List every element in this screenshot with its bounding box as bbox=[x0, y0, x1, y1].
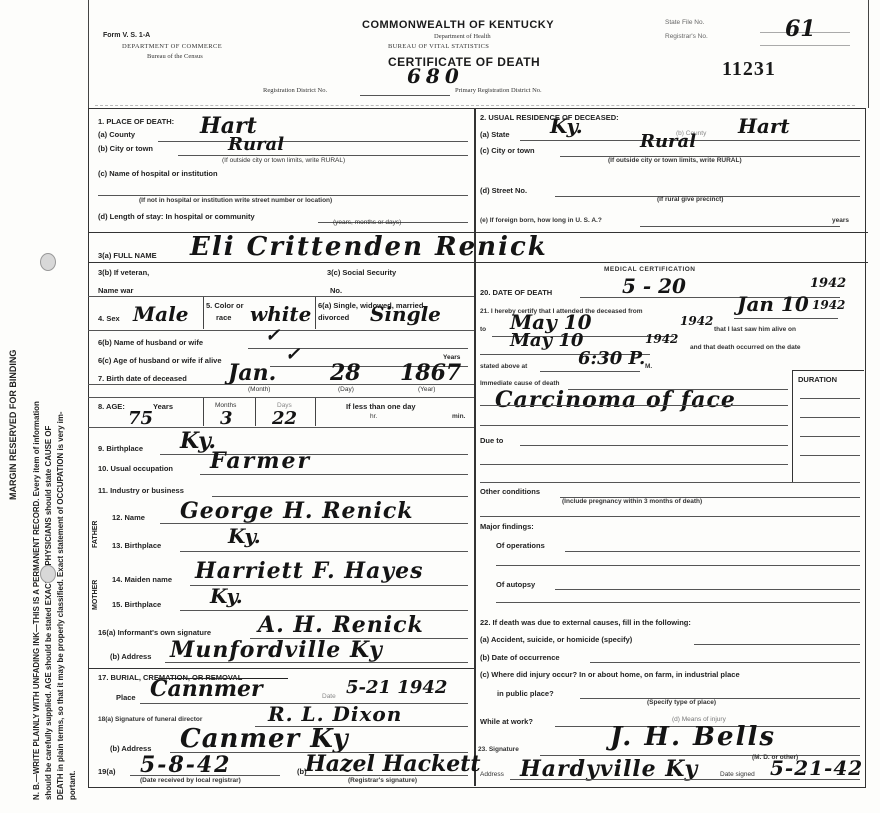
length-of-stay-note: (years, months or days) bbox=[333, 219, 401, 226]
registrar-number-value: 61 bbox=[785, 16, 816, 42]
funeral-director-signature: R. L. Dixon bbox=[268, 702, 402, 726]
father-side-label: FATHER bbox=[92, 521, 99, 548]
public-place-label: in public place? bbox=[497, 689, 554, 698]
primary-registration-label: Primary Registration District No. bbox=[455, 87, 542, 94]
instructions-line-2: should be carefully supplied. AGE should… bbox=[44, 426, 53, 800]
father-birthplace-label: 13. Birthplace bbox=[112, 541, 161, 550]
date-received-label: 19(a) bbox=[98, 767, 116, 776]
date-signed-label: Date signed bbox=[720, 771, 755, 778]
mother-birthplace-value: Ky. bbox=[210, 584, 243, 608]
instructions-line-4: portant. bbox=[68, 771, 77, 800]
burial-date-value: 5-21 1942 bbox=[346, 677, 447, 698]
place-of-death-label: 1. PLACE OF DEATH: bbox=[98, 117, 174, 126]
color-label-2: race bbox=[216, 313, 231, 322]
last-saw-value: May 10 bbox=[510, 330, 583, 351]
age-days-value: 22 bbox=[272, 408, 297, 429]
duration-label: DURATION bbox=[798, 375, 837, 384]
sex-value: Male bbox=[133, 302, 188, 326]
occupation-label: 10. Usual occupation bbox=[98, 464, 173, 473]
marital-value: Single bbox=[370, 302, 441, 326]
hospital-note: (If not in hospital or institution write… bbox=[139, 197, 332, 204]
form-number: Form V. S. 1-A bbox=[103, 32, 150, 39]
major-findings-label: Major findings: bbox=[480, 522, 534, 531]
marital-label-2: divorced bbox=[318, 313, 349, 322]
last-saw-label: that I last saw him alive on bbox=[714, 326, 796, 333]
birth-date-label: 7. Birth date of deceased bbox=[98, 374, 187, 383]
hospital-label: (c) Name of hospital or institution bbox=[98, 169, 218, 178]
county-label: (a) County bbox=[98, 130, 135, 139]
spouse-name-label: 6(b) Name of husband or wife bbox=[98, 338, 203, 347]
binding-margin-note: MARGIN RESERVED FOR BINDING bbox=[8, 350, 18, 500]
place-type-note: (Specify type of place) bbox=[647, 699, 716, 706]
occupation-value: Farmer bbox=[210, 448, 311, 474]
medical-certification-heading: MEDICAL CERTIFICATION bbox=[604, 266, 696, 273]
mother-birthplace-label: 15. Birthplace bbox=[112, 600, 161, 609]
column-divider bbox=[474, 108, 476, 786]
date-of-death-value: 5 - 20 bbox=[622, 274, 686, 298]
dept-commerce: DEPARTMENT OF COMMERCE bbox=[122, 43, 222, 50]
street-note: (If rural give precinct) bbox=[657, 196, 723, 203]
hr-label: hr. bbox=[370, 413, 377, 420]
birth-month-value: Jan. bbox=[228, 360, 276, 386]
attended-to-label: to bbox=[480, 326, 486, 333]
external-causes-label: 22. If death was due to external causes,… bbox=[480, 618, 691, 627]
other-conditions-label: Other conditions bbox=[480, 487, 540, 496]
mother-maiden-name-label: 14. Maiden name bbox=[112, 575, 172, 584]
age-years-value: 75 bbox=[128, 408, 153, 429]
veteran-label: 3(b) If veteran, bbox=[98, 268, 149, 277]
death-occurred-label: and that death occurred on the date bbox=[690, 344, 801, 351]
dept-health: Department of Health bbox=[434, 33, 491, 40]
attended-from-value: Jan 10 bbox=[737, 292, 809, 316]
residence-state-value: Ky. bbox=[550, 114, 583, 138]
informant-label: 16(a) Informant's own signature bbox=[98, 628, 211, 637]
burial-date-label: Date bbox=[322, 693, 336, 700]
burial-place-value: Cannmer bbox=[150, 676, 263, 702]
time-suffix: M. bbox=[645, 363, 652, 370]
residence-county-value: Hart bbox=[738, 114, 790, 138]
war-label: Name war bbox=[98, 286, 133, 295]
sex-label: 4. Sex bbox=[98, 314, 120, 323]
father-name-value: George H. Renick bbox=[180, 498, 413, 524]
residence-state-label: (a) State bbox=[480, 130, 510, 139]
operations-label: Of operations bbox=[496, 541, 545, 550]
foreign-born-unit: years bbox=[832, 217, 849, 224]
min-label: min. bbox=[452, 413, 465, 420]
death-certificate: MARGIN RESERVED FOR BINDING N. B.—WRITE … bbox=[0, 0, 880, 813]
bureau-vital-stats: BUREAU OF VITAL STATISTICS bbox=[388, 43, 489, 50]
residence-city-note: (If outside city or town limits, write R… bbox=[608, 157, 742, 164]
month-caption: (Month) bbox=[248, 386, 270, 393]
father-name-label: 12. Name bbox=[112, 513, 145, 522]
city-label: (b) City or town bbox=[98, 144, 153, 153]
full-name-value: Eli Crittenden Renick bbox=[190, 232, 548, 262]
death-year-value: 1942 bbox=[810, 276, 846, 291]
street-label: (d) Street No. bbox=[480, 186, 527, 195]
date-received-caption: (Date received by local registrar) bbox=[140, 777, 241, 784]
residence-city-value: Rural bbox=[640, 131, 696, 152]
color-value: white bbox=[250, 302, 311, 326]
time-of-death-value: 6:30 P. bbox=[578, 348, 645, 369]
certifier-address-label: Address bbox=[480, 771, 504, 778]
length-of-stay-label: (d) Length of stay: In hospital or commu… bbox=[98, 212, 255, 221]
registration-district-label: Registration District No. bbox=[263, 87, 327, 94]
autopsy-label: Of autopsy bbox=[496, 580, 535, 589]
city-note: (If outside city or town limits, write R… bbox=[222, 157, 345, 164]
state-file-label: State File No. bbox=[665, 19, 704, 26]
father-birthplace-value: Ky. bbox=[228, 524, 261, 548]
form-left-edge bbox=[88, 0, 89, 108]
day-caption: (Day) bbox=[338, 386, 354, 393]
burial-place-label: Place bbox=[116, 693, 136, 702]
age-months-value: 3 bbox=[220, 408, 233, 429]
accident-label: (a) Accident, suicide, or homicide (spec… bbox=[480, 635, 632, 644]
date-of-occurrence-label: (b) Date of occurrence bbox=[480, 653, 560, 662]
ss-no-label: No. bbox=[330, 286, 342, 295]
stated-above-label: stated above at bbox=[480, 363, 527, 370]
birth-year-value: 1867 bbox=[400, 360, 461, 386]
registrar-no-label: Registrar's No. bbox=[665, 33, 708, 40]
social-security-label: 3(c) Social Security bbox=[327, 268, 396, 277]
year-caption: (Year) bbox=[418, 386, 435, 393]
foreign-born-label: (e) If foreign born, how long in U. S. A… bbox=[480, 217, 602, 224]
funeral-director-label: 18(a) Signature of funeral director bbox=[98, 716, 202, 723]
date-of-death-label: 20. DATE OF DEATH bbox=[480, 288, 552, 297]
punch-hole-bottom bbox=[40, 565, 56, 583]
injury-place-label: (c) Where did injury occur? In or about … bbox=[480, 670, 740, 679]
industry-label: 11. Industry or business bbox=[98, 486, 184, 495]
instructions-line-1: N. B.—WRITE PLAINLY WITH UNFADING INK—TH… bbox=[32, 401, 41, 800]
spouse-name-value: ✓ bbox=[265, 325, 280, 346]
residence-city-label: (c) City or town bbox=[480, 146, 535, 155]
while-at-work-label: While at work? bbox=[480, 717, 533, 726]
mother-side-label: MOTHER bbox=[92, 580, 99, 610]
date-signed-value: 5-21-42 bbox=[770, 756, 863, 780]
spouse-age-label: 6(c) Age of husband or wife if alive bbox=[98, 356, 222, 365]
certifier-signature: J. H. Bells bbox=[610, 722, 776, 752]
age-label: 8. AGE: bbox=[98, 402, 125, 411]
signature-label: 23. Signature bbox=[478, 746, 519, 753]
birth-day-value: 28 bbox=[330, 360, 361, 386]
attended-from-year: 1942 bbox=[812, 298, 845, 312]
form-right-edge bbox=[868, 0, 869, 108]
commonwealth-title: COMMONWEALTH OF KENTUCKY bbox=[362, 19, 554, 31]
due-to-label: Due to bbox=[480, 436, 503, 445]
mother-maiden-name-value: Harriett F. Hayes bbox=[195, 558, 424, 584]
informant-address-label: (b) Address bbox=[110, 652, 151, 661]
bureau-census: Bureau of the Census bbox=[147, 53, 203, 60]
birthplace-label: 9. Birthplace bbox=[98, 444, 143, 453]
certificate-number: 11231 bbox=[722, 58, 776, 81]
immediate-cause-value: Carcinoma of face bbox=[495, 387, 736, 413]
registration-district-value: 680 bbox=[407, 64, 464, 88]
city-value: Rural bbox=[228, 134, 284, 155]
spouse-age-value: ✓ bbox=[285, 344, 300, 365]
instructions-line-3: DEATH in plain terms, so that it may be … bbox=[56, 412, 65, 801]
informant-address-value: Munfordville Ky bbox=[170, 637, 383, 663]
age-years-label: Years bbox=[153, 402, 173, 411]
last-saw-year: 1942 bbox=[645, 332, 678, 346]
color-label-1: 5. Color or bbox=[206, 301, 244, 310]
punch-hole-top bbox=[40, 253, 56, 271]
funeral-address-value: Canmer Ky bbox=[180, 724, 349, 754]
attended-to-year: 1942 bbox=[680, 314, 713, 328]
informant-signature: A. H. Renick bbox=[258, 612, 424, 638]
registrar-signature: Hazel Hackett bbox=[305, 751, 481, 777]
less-than-day-label: If less than one day bbox=[346, 402, 416, 411]
full-name-label: 3(a) FULL NAME bbox=[98, 251, 157, 260]
immediate-cause-label: Immediate cause of death bbox=[480, 380, 559, 387]
other-conditions-note: (Include pregnancy within 3 months of de… bbox=[562, 498, 702, 505]
registrar-signature-caption: (Registrar's signature) bbox=[348, 777, 417, 784]
